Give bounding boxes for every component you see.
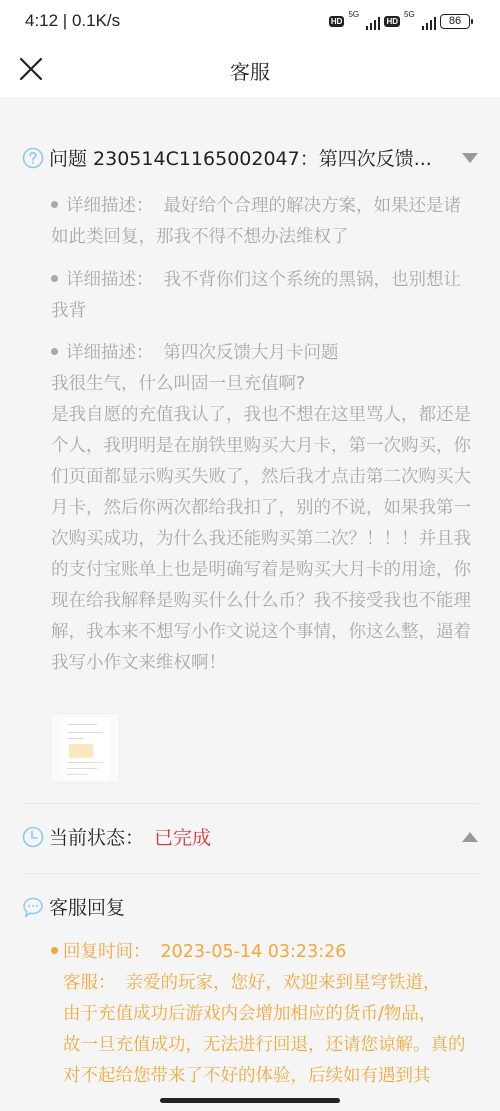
status-icons: HD 5G HD 5G 86 [329, 12, 470, 30]
bullet-icon [51, 275, 58, 282]
bullet-icon [51, 348, 58, 355]
battery-icon: 86 [440, 14, 470, 29]
question-circle-icon [22, 147, 44, 169]
ticket-content: 问题 230514C1165002047：第四次反馈... 详细描述：最好给个合… [0, 97, 500, 1111]
agent-label: 客服： [63, 973, 116, 993]
divider [22, 803, 478, 804]
status-time: 4:12 | 0.1K/s [25, 11, 120, 31]
status-header[interactable]: 当前状态：已完成 [22, 823, 478, 850]
reply-header: 客服回复 [22, 893, 478, 920]
bullet-icon [51, 947, 58, 954]
page-title: 客服 [0, 56, 500, 85]
status-label: 当前状态： [49, 827, 144, 849]
bullet-icon [51, 201, 58, 208]
attachment-thumbnail[interactable] [50, 713, 120, 783]
nav-bar: 客服 [0, 44, 500, 97]
description-item: 详细描述：最好给个合理的解决方案，如果还是诸如此类回复，那我不得不想办法维权了 [51, 191, 472, 253]
divider [22, 873, 478, 874]
reply-time-label: 回复时间： [63, 942, 151, 962]
expand-toggle-icon[interactable] [462, 153, 478, 163]
status-badge: 已完成 [154, 827, 211, 849]
hd-icon: HD [384, 16, 400, 27]
reply-time: 2023-05-14 03:23:26 [161, 942, 347, 962]
signal-icon: 5G [404, 12, 436, 30]
issue-header[interactable]: 问题 230514C1165002047：第四次反馈... [22, 144, 478, 171]
signal-icon: 5G [348, 12, 380, 30]
reply-title: 客服回复 [49, 893, 478, 920]
home-indicator[interactable] [160, 1098, 340, 1103]
issue-title: 问题 230514C1165002047：第四次反馈... [49, 144, 454, 171]
hd-icon: HD [329, 16, 345, 27]
reply-body: 回复时间：2023-05-14 03:23:26 客服：亲爱的玩家，您好，欢迎来… [51, 937, 472, 1092]
collapse-toggle-icon[interactable] [462, 832, 478, 842]
chat-bubble-icon [22, 896, 44, 918]
status-bar: 4:12 | 0.1K/s HD 5G HD 5G 86 [0, 0, 500, 44]
clock-icon [22, 826, 44, 848]
description-item: 详细描述：第四次反馈大月卡问题 我很生气，什么叫固一旦充值啊? 是我自愿的充值我… [51, 338, 472, 679]
description-item: 详细描述：我不背你们这个系统的黑锅，也别想让我背 [51, 265, 472, 327]
